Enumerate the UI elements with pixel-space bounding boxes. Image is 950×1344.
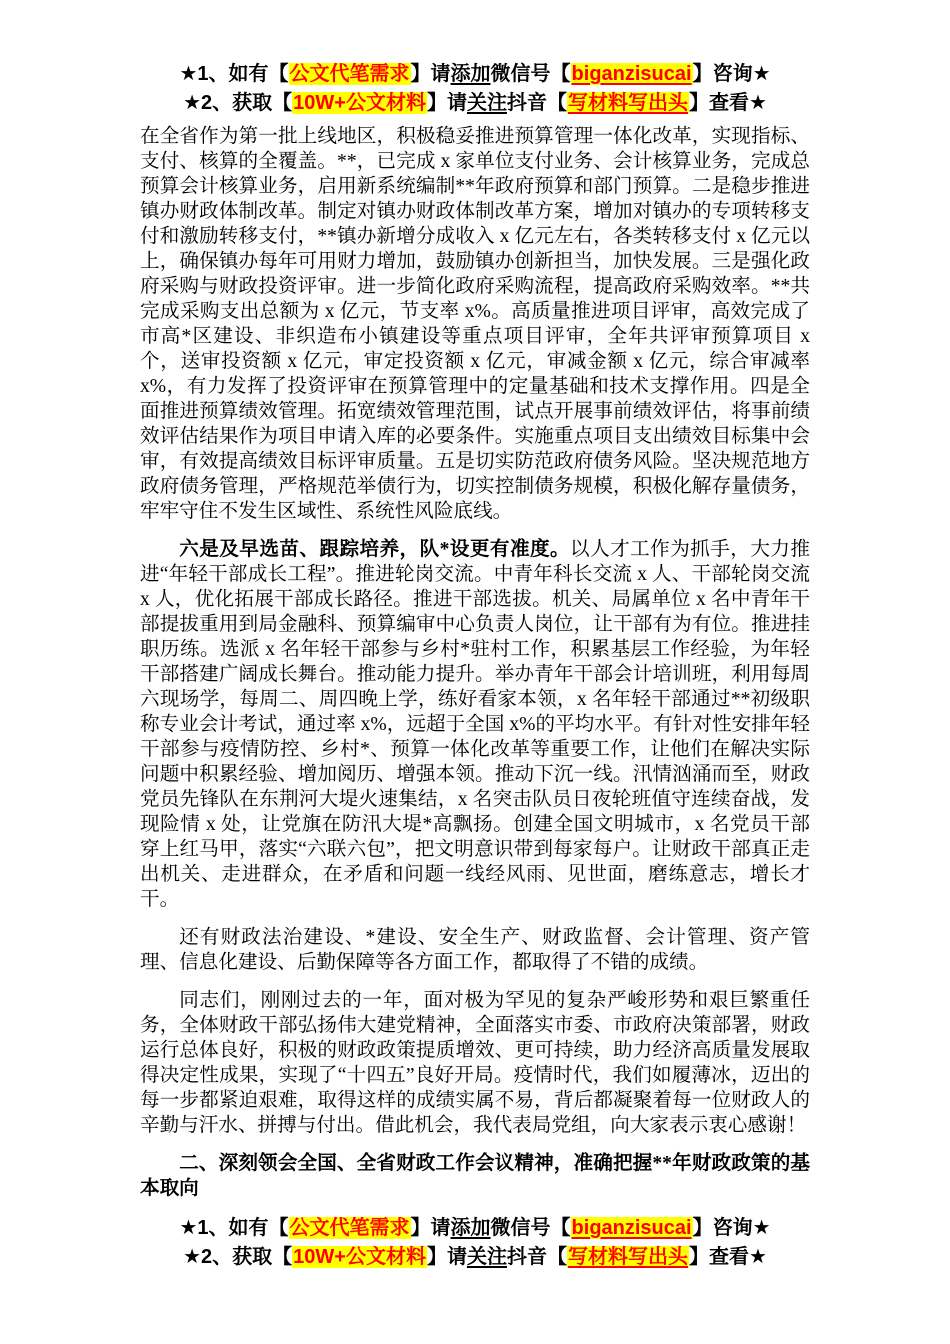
promo-underline-text: 添加 bbox=[451, 1217, 491, 1239]
promo-text: ★1、如有【 bbox=[179, 1217, 288, 1239]
promo-line: ★1、如有【公文代笔需求】请添加微信号【biganzisucai】咨询★ bbox=[0, 60, 950, 89]
promo-line: ★1、如有【公文代笔需求】请添加微信号【biganzisucai】咨询★ bbox=[0, 1214, 950, 1243]
promo-highlight-text: biganzisucai bbox=[571, 1217, 693, 1239]
promo-line: ★2、获取【10W+公文材料】请关注抖音【写材料写出头】查看★ bbox=[0, 89, 950, 118]
promo-highlight-text: 公文代笔需求 bbox=[289, 63, 411, 85]
promo-underline-text: 关注 bbox=[467, 1246, 507, 1268]
promo-text: 】咨询★ bbox=[693, 1217, 771, 1239]
promo-highlight-text: 10W+公文材料 bbox=[292, 92, 427, 114]
text-run: 还有财政法治建设、*建设、安全生产、财政监督、会计管理、资产管理、信息化建设、后… bbox=[140, 927, 810, 973]
promo-text: 】咨询★ bbox=[693, 63, 771, 85]
document-page: ★1、如有【公文代笔需求】请添加微信号【biganzisucai】咨询★★2、获… bbox=[0, 0, 950, 1344]
promo-text: 】请 bbox=[411, 63, 451, 85]
promo-highlight-text: 写材料写出头 bbox=[567, 1246, 689, 1268]
document-body: 在全省作为第一批上线地区，积极稳妥推进预算管理一体化改革，实现指标、支付、核算的… bbox=[140, 124, 810, 1214]
bold-text-run: 二、深刻领会全国、全省财政工作会议精神，准确把握**年财政政策的基本取向 bbox=[140, 1153, 810, 1199]
body-paragraph: 在全省作为第一批上线地区，积极稳妥推进预算管理一体化改革，实现指标、支付、核算的… bbox=[140, 124, 810, 524]
promo-text: 抖音【 bbox=[507, 92, 567, 114]
promo-text: ★2、获取【 bbox=[183, 92, 292, 114]
section-heading: 二、深刻领会全国、全省财政工作会议精神，准确把握**年财政政策的基本取向 bbox=[140, 1151, 810, 1201]
text-run: 以人才工作为抓手，大力推进“年轻干部成长工程”。推进轮岗交流。中青年科长交流 x… bbox=[140, 539, 810, 910]
promo-text: 】查看★ bbox=[689, 92, 767, 114]
body-paragraph: 同志们，刚刚过去的一年，面对极为罕见的复杂严峻形势和艰巨繁重任务，全体财政干部弘… bbox=[140, 988, 810, 1138]
promo-underline-text: 添加 bbox=[451, 63, 491, 85]
promo-banner-top: ★1、如有【公文代笔需求】请添加微信号【biganzisucai】咨询★★2、获… bbox=[0, 60, 950, 118]
promo-text: 】请 bbox=[427, 92, 467, 114]
promo-text: 】查看★ bbox=[689, 1246, 767, 1268]
promo-text: 】请 bbox=[411, 1217, 451, 1239]
promo-highlight-text: 10W+公文材料 bbox=[292, 1246, 427, 1268]
promo-text: 抖音【 bbox=[507, 1246, 567, 1268]
text-run: 在全省作为第一批上线地区，积极稳妥推进预算管理一体化改革，实现指标、支付、核算的… bbox=[140, 126, 810, 522]
promo-text: ★2、获取【 bbox=[183, 1246, 292, 1268]
promo-line: ★2、获取【10W+公文材料】请关注抖音【写材料写出头】查看★ bbox=[0, 1243, 950, 1272]
promo-underline-text: 关注 bbox=[467, 92, 507, 114]
body-paragraph: 六是及早选苗、跟踪培养，队*设更有准度。以人才工作为抓手，大力推进“年轻干部成长… bbox=[140, 537, 810, 912]
text-run: 同志们，刚刚过去的一年，面对极为罕见的复杂严峻形势和艰巨繁重任务，全体财政干部弘… bbox=[140, 990, 810, 1136]
promo-banner-bottom: ★1、如有【公文代笔需求】请添加微信号【biganzisucai】咨询★★2、获… bbox=[0, 1214, 950, 1272]
bold-text-run: 六是及早选苗、跟踪培养，队*设更有准度。 bbox=[179, 539, 570, 560]
promo-highlight-text: biganzisucai bbox=[571, 63, 693, 85]
promo-text: 微信号【 bbox=[491, 63, 571, 85]
promo-highlight-text: 写材料写出头 bbox=[567, 92, 689, 114]
promo-highlight-text: 公文代笔需求 bbox=[289, 1217, 411, 1239]
promo-text: 微信号【 bbox=[491, 1217, 571, 1239]
body-paragraph: 还有财政法治建设、*建设、安全生产、财政监督、会计管理、资产管理、信息化建设、后… bbox=[140, 925, 810, 975]
promo-text: 】请 bbox=[427, 1246, 467, 1268]
promo-text: ★1、如有【 bbox=[179, 63, 288, 85]
